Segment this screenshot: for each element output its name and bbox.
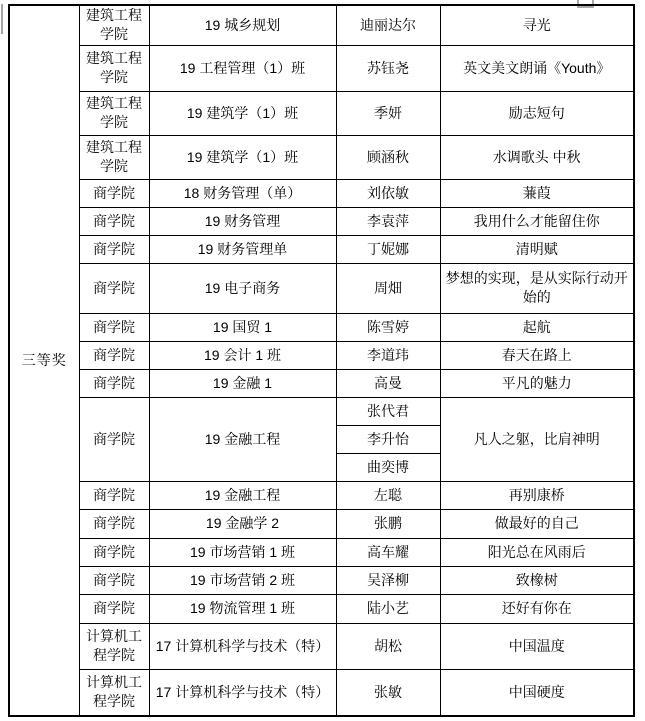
work-cell: 清明赋 xyxy=(440,235,634,263)
college-cell: 商学院 xyxy=(79,179,149,207)
class-cell: 17 计算机科学与技术（特） xyxy=(149,623,336,669)
name-cell: 陆小艺 xyxy=(336,594,440,623)
table-row: 商学院19 金融工程张代君凡人之躯，比肩神明 xyxy=(9,397,634,425)
name-cell: 曲奕博 xyxy=(336,453,440,481)
work-cell: 凡人之躯，比肩神明 xyxy=(440,397,634,481)
table-row: 计算机工程学院17 计算机科学与技术（特）张敏中国硬度 xyxy=(9,669,634,716)
work-cell: 致橡树 xyxy=(440,566,634,594)
name-cell: 李升怡 xyxy=(336,425,440,453)
work-cell: 水调歌头 中秋 xyxy=(440,135,634,179)
class-cell: 19 建筑学（1）班 xyxy=(149,91,336,135)
name-cell: 胡松 xyxy=(336,623,440,669)
college-cell: 商学院 xyxy=(79,207,149,235)
document-sheet: 三等奖建筑工程学院19 城乡规划迪丽达尔寻光建筑工程学院19 工程管理（1）班苏… xyxy=(0,0,645,721)
college-cell: 建筑工程学院 xyxy=(79,5,149,45)
college-cell: 计算机工程学院 xyxy=(79,623,149,669)
class-cell: 19 金融学 2 xyxy=(149,509,336,538)
award-cell: 三等奖 xyxy=(9,5,79,716)
college-cell: 商学院 xyxy=(79,313,149,341)
work-cell: 阳光总在风雨后 xyxy=(440,538,634,566)
college-cell: 商学院 xyxy=(79,538,149,566)
work-cell: 再别康桥 xyxy=(440,481,634,509)
class-cell: 19 市场营销 2 班 xyxy=(149,566,336,594)
work-cell: 做最好的自己 xyxy=(440,509,634,538)
name-cell: 迪丽达尔 xyxy=(336,5,440,45)
work-cell: 寻光 xyxy=(440,5,634,45)
table-row: 商学院19 国贸 1陈雪婷起航 xyxy=(9,313,634,341)
class-cell: 19 建筑学（1）班 xyxy=(149,135,336,179)
table-row: 建筑工程学院19 建筑学（1）班顾涵秋水调歌头 中秋 xyxy=(9,135,634,179)
table-row: 计算机工程学院17 计算机科学与技术（特）胡松中国温度 xyxy=(9,623,634,669)
class-cell: 19 城乡规划 xyxy=(149,5,336,45)
name-cell: 高车耀 xyxy=(336,538,440,566)
work-cell: 我用什么才能留住你 xyxy=(440,207,634,235)
college-cell: 建筑工程学院 xyxy=(79,91,149,135)
award-table-body: 三等奖建筑工程学院19 城乡规划迪丽达尔寻光建筑工程学院19 工程管理（1）班苏… xyxy=(9,5,634,716)
table-row: 商学院19 市场营销 2 班吴泽柳致橡树 xyxy=(9,566,634,594)
college-cell: 商学院 xyxy=(79,397,149,481)
name-cell: 左聪 xyxy=(336,481,440,509)
college-cell: 商学院 xyxy=(79,341,149,369)
college-cell: 计算机工程学院 xyxy=(79,669,149,716)
work-cell: 蒹葭 xyxy=(440,179,634,207)
college-cell: 商学院 xyxy=(79,566,149,594)
college-cell: 商学院 xyxy=(79,594,149,623)
work-cell: 中国温度 xyxy=(440,623,634,669)
class-cell: 19 工程管理（1）班 xyxy=(149,45,336,91)
work-cell: 梦想的实现，是从实际行动开始的 xyxy=(440,263,634,313)
table-row: 商学院19 金融工程左聪再别康桥 xyxy=(9,481,634,509)
college-cell: 商学院 xyxy=(79,263,149,313)
name-cell: 高曼 xyxy=(336,369,440,397)
college-cell: 建筑工程学院 xyxy=(79,135,149,179)
class-cell: 19 金融 1 xyxy=(149,369,336,397)
name-cell: 顾涵秋 xyxy=(336,135,440,179)
college-cell: 商学院 xyxy=(79,235,149,263)
name-cell: 张敏 xyxy=(336,669,440,716)
name-cell: 季妍 xyxy=(336,91,440,135)
class-cell: 19 物流管理 1 班 xyxy=(149,594,336,623)
class-cell: 19 电子商务 xyxy=(149,263,336,313)
name-cell: 陈雪婷 xyxy=(336,313,440,341)
table-row: 商学院19 金融学 2张鹏做最好的自己 xyxy=(9,509,634,538)
college-cell: 商学院 xyxy=(79,369,149,397)
work-cell: 起航 xyxy=(440,313,634,341)
work-cell: 励志短句 xyxy=(440,91,634,135)
class-cell: 19 财务管理单 xyxy=(149,235,336,263)
class-cell: 19 会计 1 班 xyxy=(149,341,336,369)
award-table: 三等奖建筑工程学院19 城乡规划迪丽达尔寻光建筑工程学院19 工程管理（1）班苏… xyxy=(8,4,635,717)
table-row: 商学院19 财务管理李袁萍我用什么才能留住你 xyxy=(9,207,634,235)
name-cell: 苏钰尧 xyxy=(336,45,440,91)
work-cell: 春天在路上 xyxy=(440,341,634,369)
class-cell: 18 财务管理（单） xyxy=(149,179,336,207)
class-cell: 19 金融工程 xyxy=(149,481,336,509)
name-cell: 李道玮 xyxy=(336,341,440,369)
class-cell: 19 财务管理 xyxy=(149,207,336,235)
table-row: 商学院19 财务管理单丁妮娜清明赋 xyxy=(9,235,634,263)
table-row: 商学院19 金融 1高曼平凡的魅力 xyxy=(9,369,634,397)
college-cell: 商学院 xyxy=(79,481,149,509)
name-cell: 丁妮娜 xyxy=(336,235,440,263)
name-cell: 张鹏 xyxy=(336,509,440,538)
name-cell: 周畑 xyxy=(336,263,440,313)
class-cell: 19 市场营销 1 班 xyxy=(149,538,336,566)
name-cell: 张代君 xyxy=(336,397,440,425)
table-row: 商学院19 市场营销 1 班高车耀阳光总在风雨后 xyxy=(9,538,634,566)
table-row: 商学院19 电子商务周畑梦想的实现，是从实际行动开始的 xyxy=(9,263,634,313)
table-row: 建筑工程学院19 建筑学（1）班季妍励志短句 xyxy=(9,91,634,135)
class-cell: 19 国贸 1 xyxy=(149,313,336,341)
college-cell: 商学院 xyxy=(79,509,149,538)
table-row: 商学院19 会计 1 班李道玮春天在路上 xyxy=(9,341,634,369)
table-row: 商学院19 物流管理 1 班陆小艺还好有你在 xyxy=(9,594,634,623)
work-cell: 平凡的魅力 xyxy=(440,369,634,397)
table-row: 三等奖建筑工程学院19 城乡规划迪丽达尔寻光 xyxy=(9,5,634,45)
name-cell: 刘依敏 xyxy=(336,179,440,207)
work-cell: 中国硬度 xyxy=(440,669,634,716)
work-cell: 英文美文朗诵《Youth》 xyxy=(440,45,634,91)
name-cell: 李袁萍 xyxy=(336,207,440,235)
table-row: 建筑工程学院19 工程管理（1）班苏钰尧英文美文朗诵《Youth》 xyxy=(9,45,634,91)
work-cell: 还好有你在 xyxy=(440,594,634,623)
table-row: 商学院18 财务管理（单）刘依敏蒹葭 xyxy=(9,179,634,207)
screenshot-artifact-left xyxy=(1,4,3,34)
class-cell: 19 金融工程 xyxy=(149,397,336,481)
class-cell: 17 计算机科学与技术（特） xyxy=(149,669,336,716)
name-cell: 吴泽柳 xyxy=(336,566,440,594)
college-cell: 建筑工程学院 xyxy=(79,45,149,91)
